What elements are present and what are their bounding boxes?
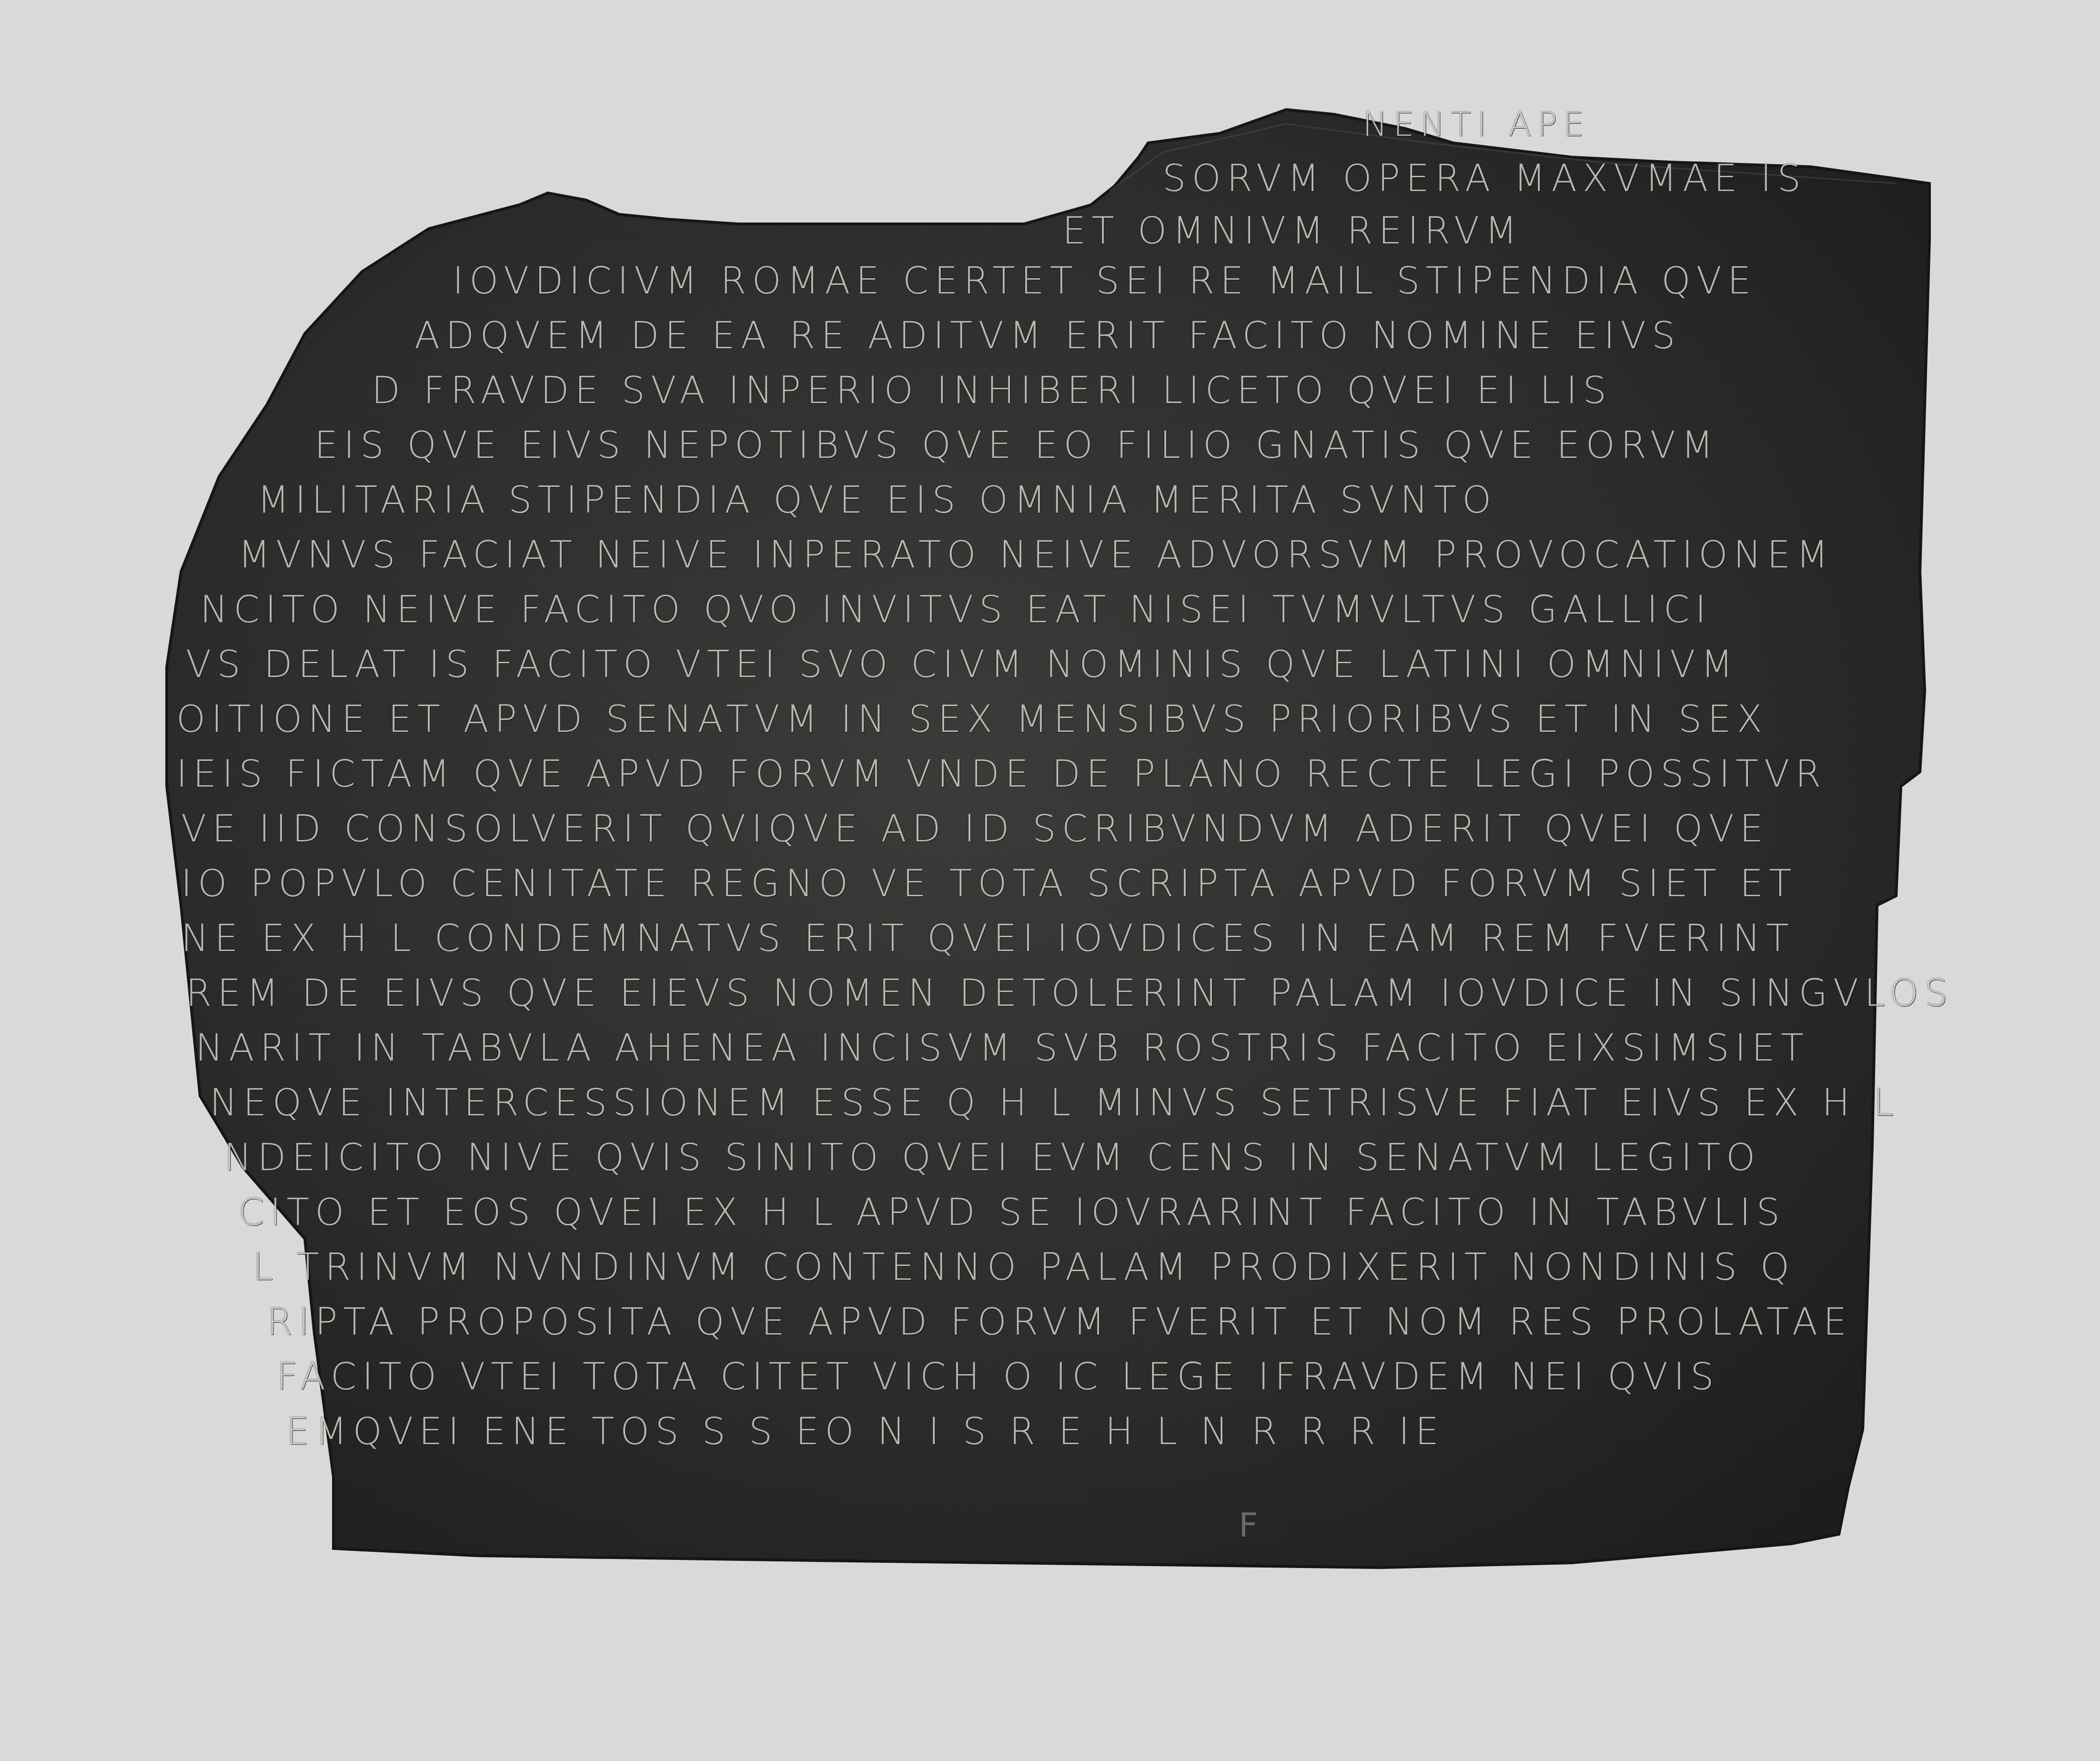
inscription-line-22: L TRINVM NVNDINVM CONTENNO PALAM PRODIXE… <box>252 1246 1795 1289</box>
inscription-line-6: D FRAVDE SVA INPERIO INHIBERI LICETO QVE… <box>372 369 1612 412</box>
inscription-line-11: VS DELAT IS FACITO VTEI SVO CIVM NOMINIS… <box>186 643 1739 686</box>
inscription-line-7: EIS QVE EIVS NEPOTIBVS QVE EO FILIO GNAT… <box>314 424 1719 467</box>
inscription-line-2: SORVM OPERA MAXVMAE IS <box>1162 157 1807 200</box>
bronze-tablet: NENTI APE SORVM OPERA MAXVMAE IS ET OMNI… <box>0 0 2100 1761</box>
inscription-line-23: RIPTA PROPOSITA QVE APVD FORVM FVERIT ET… <box>267 1301 1852 1344</box>
inscription-line-9: MVNVS FACIAT NEIVE INPERATO NEIVE ADVORS… <box>238 534 1834 577</box>
inscription-line-1: NENTI APE <box>1363 105 1590 144</box>
inscription-line-13: IEIS FICTAM QVE APVD FORVM VNDE DE PLANO… <box>176 753 1827 796</box>
bottom-letter-mark: F <box>1239 1506 1258 1545</box>
inscription-line-8: MILITARIA STIPENDIA QVE EIS OMNIA MERITA… <box>257 479 1497 522</box>
inscription-line-5: ADQVEM DE EA RE ADITVM ERIT FACITO NOMIN… <box>414 314 1681 357</box>
inscription-line-19: NEQVE INTERCESSIONEM ESSE Q H L MINVS SE… <box>210 1082 1899 1124</box>
inscription-line-25: EMQVEI ENE TOS S S EO N I S R E H L N R … <box>286 1410 1444 1453</box>
inscription-line-3: ET OMNIVM REIRVM <box>1062 210 1523 253</box>
inscription-line-4: IOVDICIVM ROMAE CERTET SEI RE MAIL STIPE… <box>453 260 1757 303</box>
inscription-line-18: NARIT IN TABVLA AHENEA INCISVM SVB ROSTR… <box>195 1027 1809 1070</box>
inscription-line-14: VE IID CONSOLVERIT QVIQVE AD ID SCRIBVND… <box>181 808 1769 850</box>
inscription-line-12: OITIONE ET APVD SENATVM IN SEX MENSIBVS … <box>176 698 1768 741</box>
inscription-line-21: CITO ET EOS QVEI EX H L APVD SE IOVRARIN… <box>238 1191 1786 1234</box>
inscription-line-24: FACITO VTEI TOTA CITET VICH O IC LEGE IF… <box>276 1356 1719 1398</box>
inscription-line-20: NDEICITO NIVE QVIS SINITO QVEI EVM CENS … <box>224 1136 1761 1179</box>
inscription-line-15: IO POPVLO CENITATE REGNO VE TOTA SCRIPTA… <box>181 862 1797 905</box>
inscription-line-16: NE EX H L CONDEMNATVS ERIT QVEI IOVDICES… <box>181 917 1795 960</box>
inscription-line-17: REM DE EIVS QVE EIEVS NOMEN DETOLERINT P… <box>186 972 1954 1015</box>
inscription-line-10: NCITO NEIVE FACITO QVO INVITVS EAT NISEI… <box>200 588 1712 631</box>
